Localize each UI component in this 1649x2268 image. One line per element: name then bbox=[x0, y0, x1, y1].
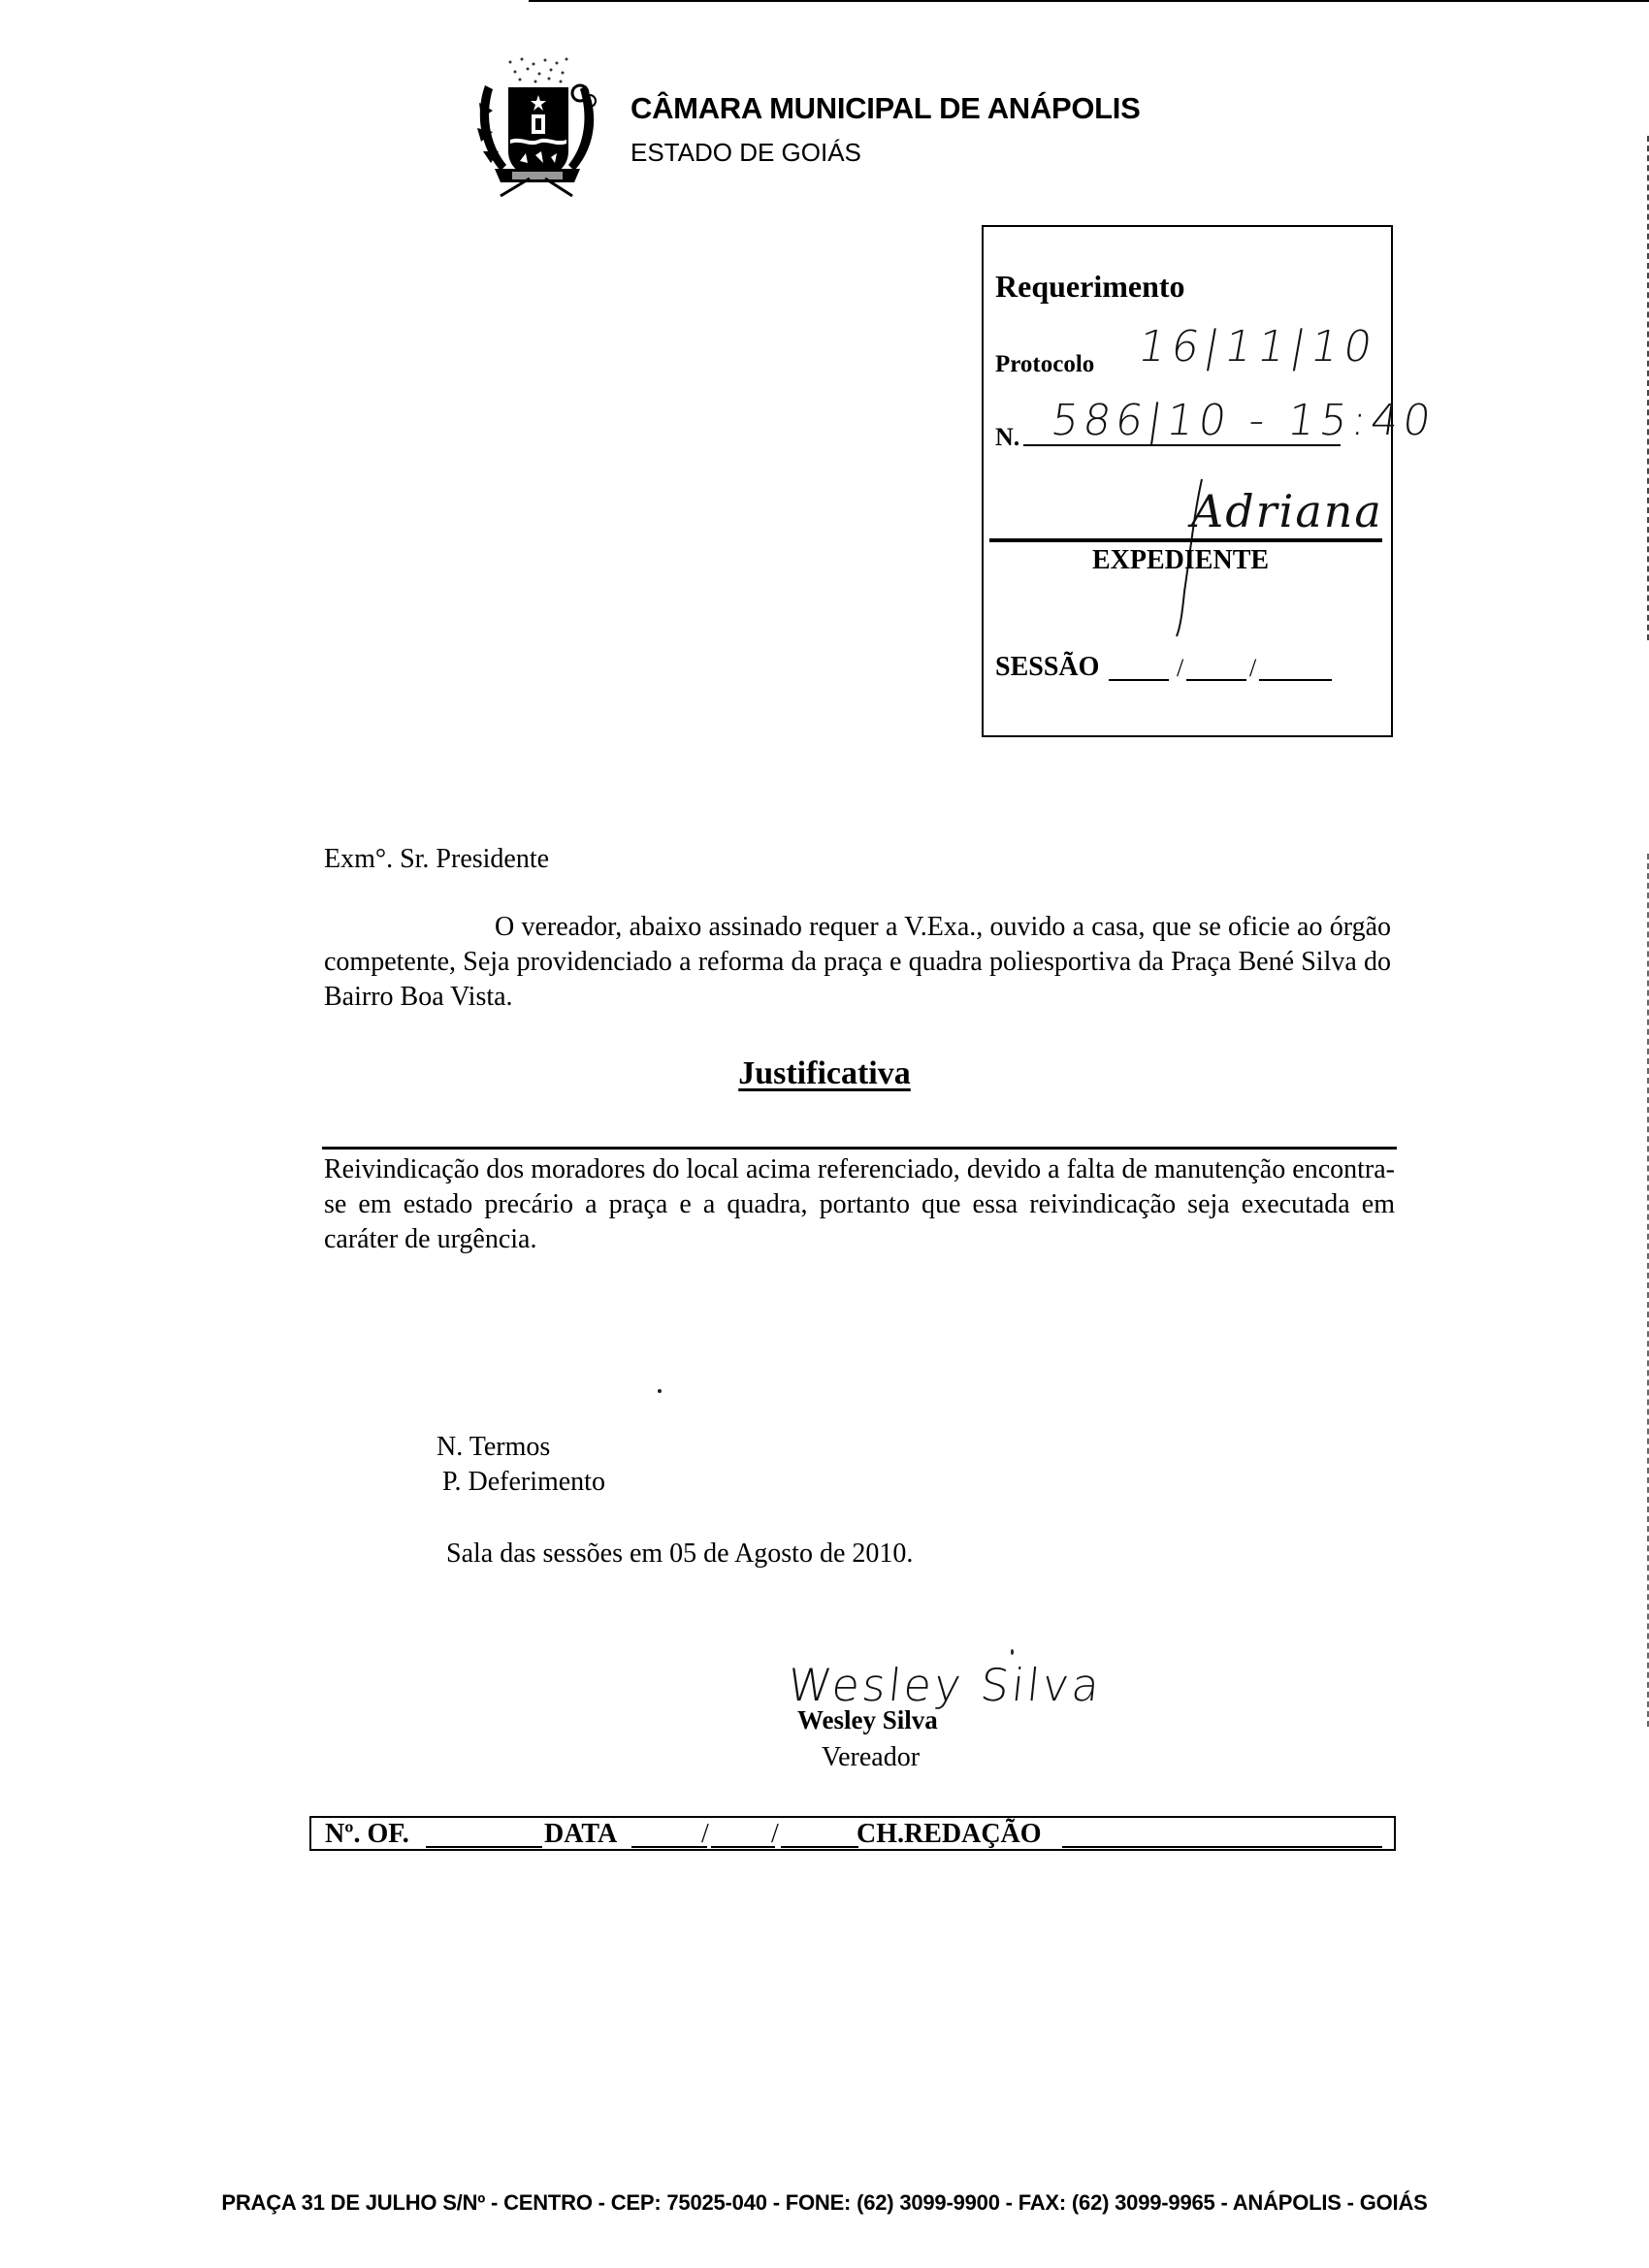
justification-heading: Justificativa bbox=[0, 1055, 1649, 1092]
expediente-signature-line bbox=[989, 538, 1382, 542]
justification-rule bbox=[322, 1147, 1397, 1150]
closing-termos: N. Termos bbox=[436, 1430, 550, 1465]
organization-state: ESTADO DE GOIÁS bbox=[630, 138, 861, 168]
date-separator: / bbox=[1177, 654, 1183, 683]
office-redacao-blank bbox=[1062, 1846, 1382, 1848]
signer-role: Vereador bbox=[822, 1740, 920, 1775]
office-number-label: Nº. OF. bbox=[325, 1819, 409, 1850]
scan-speck bbox=[1011, 1649, 1014, 1655]
protocolo-label: Protocolo bbox=[995, 351, 1094, 378]
closing-deferimento: P. Deferimento bbox=[442, 1465, 605, 1500]
justification-paragraph: Reivindicação dos moradores do local aci… bbox=[324, 1152, 1395, 1257]
office-number-blank bbox=[426, 1846, 542, 1848]
number-label: N. bbox=[995, 423, 1019, 452]
date-separator: / bbox=[701, 1819, 709, 1850]
request-paragraph: O vereador, abaixo assinado requer a V.E… bbox=[324, 910, 1391, 1015]
office-redacao-label: CH.REDAÇÃO bbox=[857, 1819, 1042, 1850]
sessao-day-blank bbox=[1109, 679, 1169, 681]
sessao-label: SESSÃO bbox=[995, 652, 1099, 683]
coat-of-arms-icon bbox=[471, 54, 603, 200]
signer-name: Wesley Silva bbox=[797, 1705, 938, 1735]
organization-name: CÂMARA MUNICIPAL DE ANÁPOLIS bbox=[630, 91, 1141, 126]
office-month-blank bbox=[711, 1846, 775, 1848]
handwritten-rubric: Adriana bbox=[1191, 485, 1383, 537]
office-date-label: DATA bbox=[544, 1819, 617, 1850]
footer-address: PRAÇA 31 DE JULHO S/Nº - CENTRO - CEP: 7… bbox=[0, 2190, 1649, 2216]
handwritten-signature: Wesley Silva bbox=[785, 1659, 1105, 1711]
sessao-year-blank bbox=[1259, 679, 1332, 681]
date-separator: / bbox=[771, 1819, 779, 1850]
office-day-blank bbox=[631, 1846, 707, 1848]
expediente-label: EXPEDIENTE bbox=[1092, 545, 1269, 576]
number-handwritten-value: 586|10 - 15:40 bbox=[1048, 396, 1439, 445]
scan-top-edge bbox=[529, 0, 1649, 2]
sessao-month-blank bbox=[1186, 679, 1246, 681]
protocolo-handwritten-date: 16|11|10 bbox=[1135, 322, 1382, 372]
justification-title: Justificativa bbox=[738, 1055, 911, 1091]
date-separator: / bbox=[1249, 654, 1256, 683]
requerimento-title: Requerimento bbox=[995, 269, 1185, 305]
office-year-blank bbox=[781, 1846, 858, 1848]
sessao-date-blanks: / / bbox=[1109, 679, 1332, 681]
office-processing-strip: Nº. OF. DATA / / CH.REDAÇÃO bbox=[309, 1816, 1396, 1851]
scan-speck bbox=[658, 1389, 662, 1393]
salutation: Exm°. Sr. Presidente bbox=[324, 842, 549, 877]
place-and-date: Sala das sessões em 05 de Agosto de 2010… bbox=[446, 1537, 913, 1571]
request-text: O vereador, abaixo assinado requer a V.E… bbox=[324, 912, 1391, 1012]
